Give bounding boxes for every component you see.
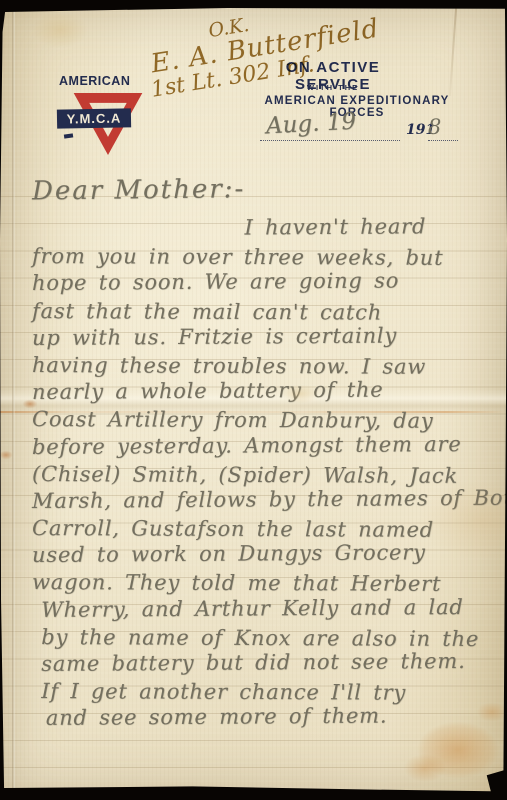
letter-line: up with us. Fritzie is certainly [32, 322, 494, 352]
handwritten-date: Aug. 19 [265, 109, 356, 140]
letter-lines: I haven't heardfrom you in over three we… [32, 216, 494, 733]
salutation: Dear Mother:- [32, 172, 494, 207]
letter-line: nearly a whole battery of the [32, 376, 494, 406]
letter-line: I haven't heard [32, 213, 494, 243]
handwritten-year-digit: 8 [428, 115, 441, 139]
date-line: Aug. 19 191 8 [260, 118, 460, 146]
letter-line: hope to soon. We are going so [32, 267, 494, 297]
letter-line: and see some more of them. [32, 702, 494, 732]
letter-paper: AMERICAN Y.M.C.A ON ACTIVE SERVICE WITH … [0, 0, 507, 800]
letter-line: Wherry, and Arthur Kelly and a lad [32, 593, 494, 623]
letterhead-with-the: WITH THE [258, 83, 408, 92]
letter-line: before yesterday. Amongst them are [32, 430, 494, 460]
letter-line: used to work on Dungys Grocery [32, 539, 494, 569]
ymca-badge: Y.M.C.A [57, 108, 131, 128]
letter-body: Dear Mother:- I haven't heardfrom you in… [32, 174, 494, 733]
letter-line: Marsh, and fellows by the names of Bough… [32, 485, 494, 515]
date-year-rule [428, 140, 458, 141]
ymca-org-name: AMERICAN [59, 74, 127, 88]
date-rule [260, 140, 400, 141]
top-right-crease [449, 8, 457, 96]
left-edge-crease [12, 6, 15, 792]
letter-line: same battery but did not see them. [32, 648, 494, 678]
